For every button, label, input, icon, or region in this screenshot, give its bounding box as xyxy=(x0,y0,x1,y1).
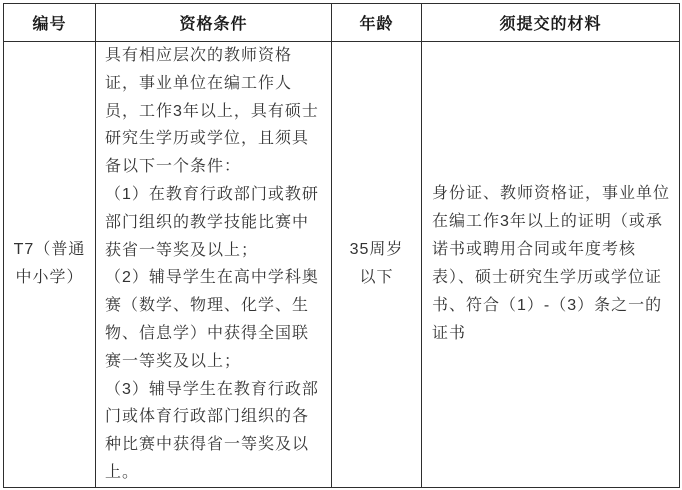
table-row: T7（普通 中小学） 具有相应层次的教师资格 证，事业单位在编工作人 员，工作3… xyxy=(4,42,680,488)
cell-position-code: T7（普通 中小学） xyxy=(4,42,96,488)
header-cell-code: 编号 xyxy=(4,4,96,42)
header-cell-qualification: 资格条件 xyxy=(96,4,332,42)
header-cell-age: 年龄 xyxy=(332,4,422,42)
document-page: 编号 资格条件 年龄 须提交的材料 T7（普通 中小学） 具有相应层次的教师资格… xyxy=(0,0,682,490)
cell-qualification-conditions: 具有相应层次的教师资格 证，事业单位在编工作人 员，工作3年以上，具有硕士 研究… xyxy=(96,42,332,488)
cell-required-materials: 身份证、教师资格证，事业单位 在编工作3年以上的证明（或承 诺书或聘用合同或年度… xyxy=(422,42,680,488)
table-header-row: 编号 资格条件 年龄 须提交的材料 xyxy=(4,4,680,42)
recruitment-requirements-table: 编号 资格条件 年龄 须提交的材料 T7（普通 中小学） 具有相应层次的教师资格… xyxy=(3,3,680,488)
header-cell-materials: 须提交的材料 xyxy=(422,4,680,42)
cell-age-limit: 35周岁 以下 xyxy=(332,42,422,488)
